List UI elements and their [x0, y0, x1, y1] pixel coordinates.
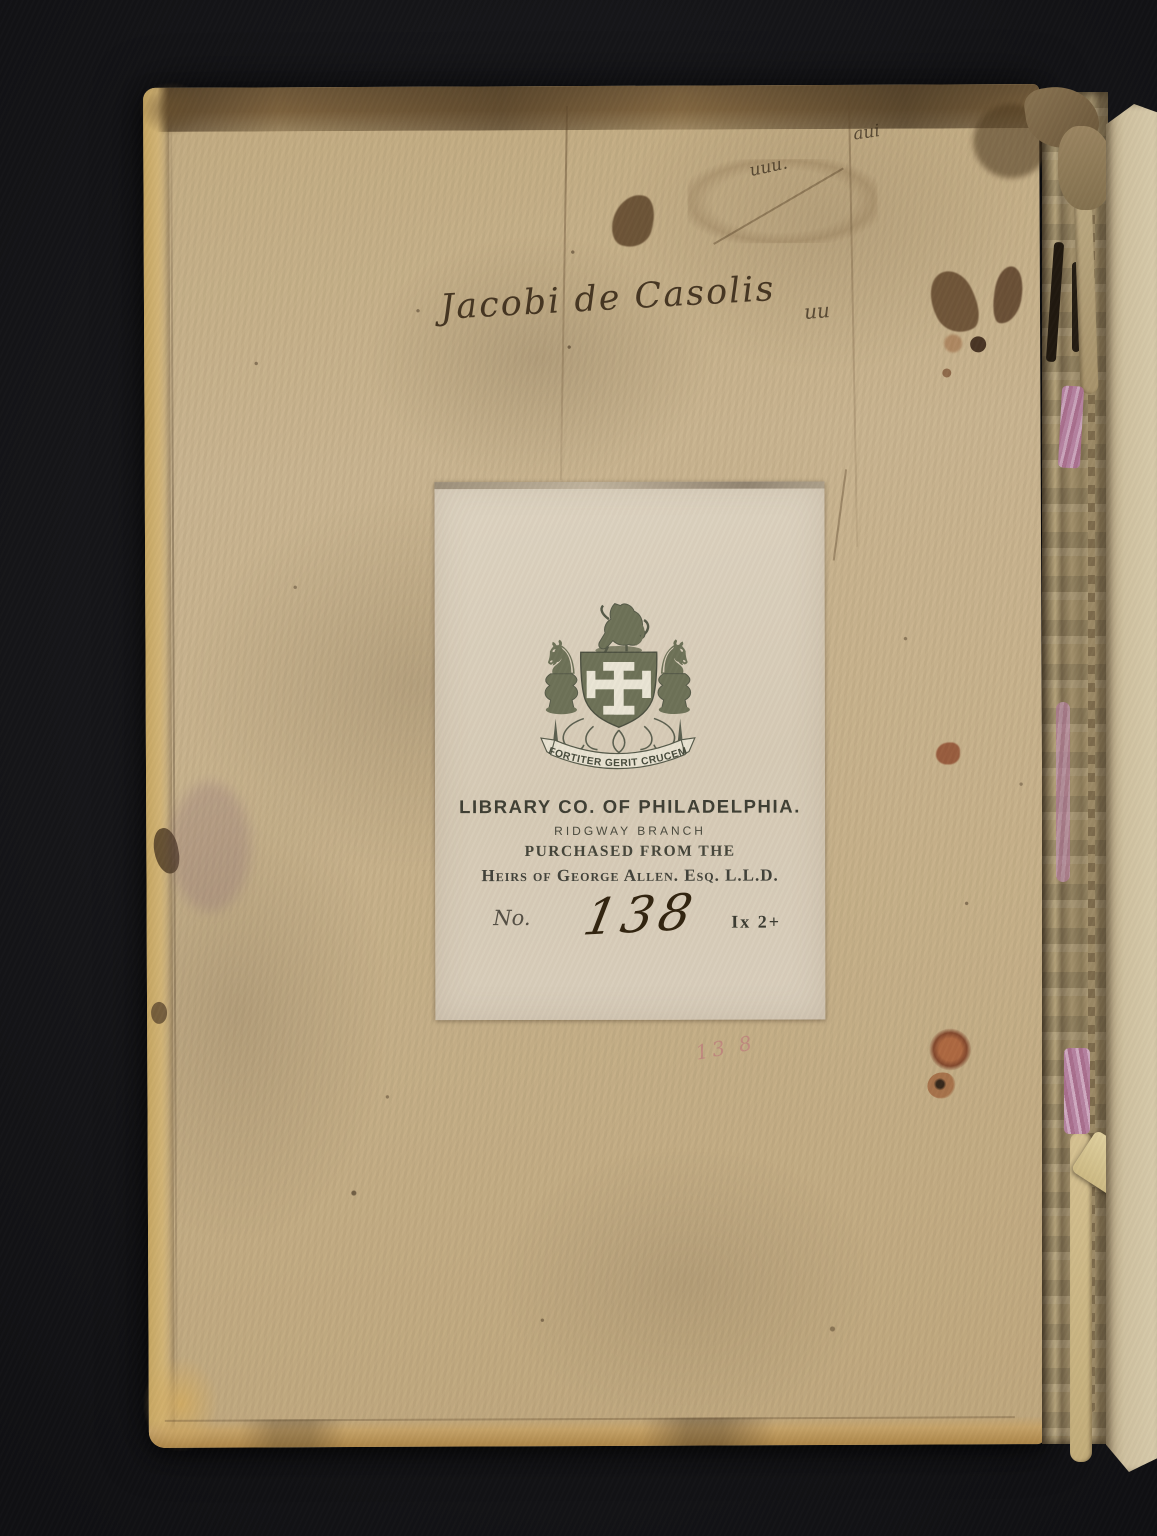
stain-dot — [970, 336, 986, 352]
cover-corner-bottom-left — [143, 1356, 219, 1452]
lion-crest-icon — [599, 604, 648, 653]
knight-chesspiece-right-icon: ♞ — [653, 632, 695, 714]
stain-dot — [942, 368, 951, 377]
pen-trial-mark: aui — [852, 121, 881, 145]
exposed-spine-sewing — [1042, 92, 1108, 1444]
cover-top-edge — [143, 84, 1039, 132]
red-ring-stain — [929, 1028, 971, 1070]
pink-spine-lining — [1064, 1048, 1090, 1134]
photo-backdrop: Jacobi de Casolis uuu. aui uu 13 8 — [0, 0, 1157, 1536]
brown-stain — [988, 264, 1027, 326]
branch-name: RIDGWAY BRANCH — [435, 824, 825, 839]
red-stain — [936, 742, 960, 764]
ownership-inscription: Jacobi de Casolis — [439, 268, 801, 328]
pencil-shelf-note: 13 8 — [694, 1030, 758, 1064]
provenance-line-2: Heirs of George Allen. Esq. L.L.D. — [435, 866, 825, 887]
plate-top-smudge — [434, 482, 824, 490]
cover-corner-top-left — [139, 82, 203, 136]
shelf-mark: Ix 2+ — [731, 912, 781, 933]
flyleaf-page-edge — [1106, 104, 1157, 1472]
provenance-line-1: PURCHASED FROM THE — [435, 843, 825, 862]
brown-stain — [919, 264, 988, 341]
tear-line — [713, 168, 844, 245]
spine-gap — [1046, 242, 1064, 362]
pink-spine-lining — [1056, 702, 1070, 882]
crease-line — [833, 469, 847, 560]
pink-spine-lining — [1058, 385, 1084, 468]
coat-of-arms: ♞ ♞ — [523, 594, 713, 779]
library-name: LIBRARY CO. OF PHILADELPHIA. — [435, 796, 825, 819]
knight-chesspiece-left-icon: ♞ — [540, 632, 582, 714]
library-bookplate: ♞ ♞ — [434, 482, 825, 1021]
purple-smudge — [170, 782, 251, 912]
red-stain — [927, 1072, 955, 1098]
cover-bottom-edge — [149, 1416, 1045, 1448]
pen-trial-mark: uuu. — [748, 153, 790, 181]
ink-stain — [606, 189, 661, 253]
pen-trial-mark: uu — [803, 298, 830, 324]
accession-number-handwritten: 138 — [579, 883, 702, 947]
book-cover-pastedown: Jacobi de Casolis uuu. aui uu 13 8 — [143, 84, 1045, 1448]
number-label: No. — [493, 906, 530, 930]
stain-dot — [944, 334, 962, 352]
crease-line — [848, 97, 858, 547]
